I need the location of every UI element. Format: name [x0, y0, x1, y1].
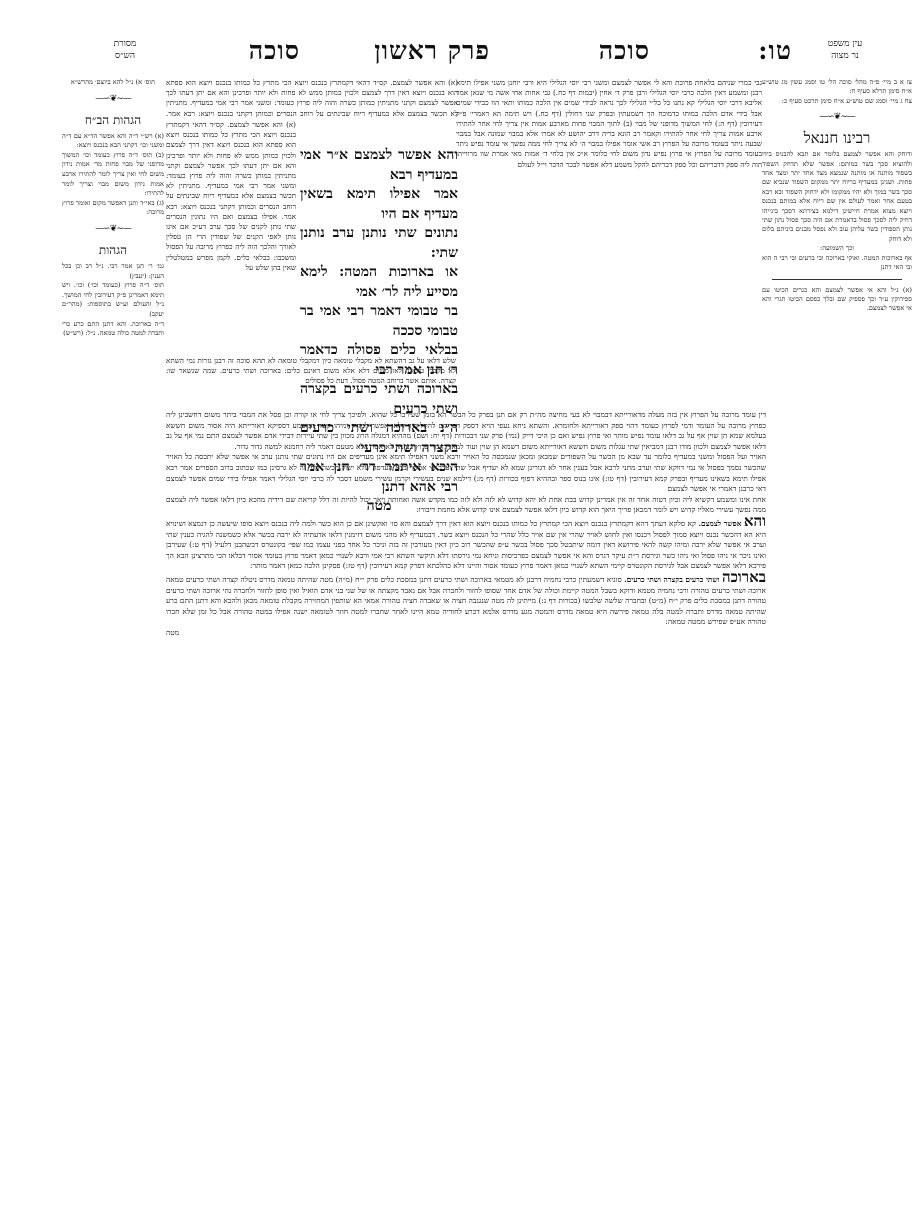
tosafot-main: דין עומד מרובה על הפרוץ אין בזה מעלה מדא… [166, 410, 766, 1010]
dibur-hamatchil: והא [744, 512, 766, 530]
hagahot-note: ד״ה בארוכה. והא דתנן התם כרע כרי ותברה ל… [62, 320, 164, 339]
tosafot-paragraph: דין עומד מרובה על הפרוץ אין בזה מעלה מדא… [166, 410, 766, 452]
hagahot-note: גמ׳ ר׳ חנן אמר רבי. נ״ל רב וכן בכל הענין… [62, 262, 164, 281]
ein-mishpat-entry: צז א ב מיי׳ פ״ה מהל׳ סוכה הל׳ טו וסמג עש… [762, 78, 912, 97]
gloss-note: (א) נ״ל והא אי אפשר לצמצם והא כגרים הכיט… [762, 286, 912, 314]
rabbeinu-chananel-title: רבינו חננאל [762, 128, 912, 148]
rabbeinu-chananel-text: ודוחק והא אפשר לצמצם בלומר אם תבא להבניס… [762, 150, 912, 244]
tosafot-paragraph: אחת אינו ומשמע דקשיא ליה וכיון דטוה אחד … [166, 495, 766, 516]
rashi-top: (א) והא אפשר לצמצם. קס״ד דהאי דקמתרץ בנכ… [166, 78, 458, 120]
ein-mishpat-heading: עין משפט נר מצוה [810, 38, 880, 62]
ein-mishpat-entry: צח ג מיי׳ וסמג שם טוש״ע א״ח סימן תרכט סע… [762, 97, 912, 106]
ornament-divider: —∽❦∼— [62, 94, 164, 104]
rashi-below-gemara: שלש דלאו על גב דהשתא לא מקבלי טומאה כיון… [166, 356, 456, 408]
mesoret-hashas-heading: מסורת הש״ס [90, 38, 160, 62]
dibur-hamatchil: בארוכה [722, 568, 766, 586]
perek-name: פרק ראשון [374, 36, 490, 66]
ornament-divider: —∽❦∼— [62, 224, 164, 234]
rabbeinu-chananel-footer: אף בארוכות המטה. ואוקי בארוכה ובי ברעים … [762, 254, 912, 273]
tosafot-dibur-vehah: והא אפשר לצמצם. קא סלקא דעתך דהא דקמתרץ … [166, 516, 766, 572]
talmud-page: עין משפט נר מצוה טו: סוכה פרק ראשון סוכה… [0, 0, 914, 1213]
rabbeinu-chananel-closing: וכך השמועה: [762, 244, 912, 253]
hagahot-note: תוס׳ ד״ה פרוץ (כעומד וכו׳) וכו׳. ויש תימ… [62, 281, 164, 319]
mesoret-column: תוס׳ א) נ״ל להא ביוצם׳ מהרש״א —∽❦∼— הגהו… [62, 78, 164, 458]
ornament-divider: —∽❦∼— [762, 112, 912, 122]
page-header: עין משפט נר מצוה טו: סוכה פרק ראשון סוכה… [60, 38, 910, 72]
tosafot-paragraph: האויר ועל הפסול ומשני במעדיף כלומר עד שב… [166, 452, 766, 494]
tosafot-top: גבי כמרי שניהם בלאחת פרוכת והא לי אפשר ל… [456, 78, 762, 436]
mesoret-top-note: תוס׳ א) נ״ל להא ביוצם׳ מהרש״א [62, 78, 164, 88]
divider-line [772, 279, 902, 280]
tosafot-dibur-baaruka: בארוכה ושתי כרעים בקצרה ושתי כרעים. סוגי… [166, 572, 766, 628]
hagahot-bach-note: (ב) תוס׳ ד״ה פרוץ כעומד וכו׳ המשוך מדופנ… [62, 151, 164, 199]
ein-mishpat-column: צז א ב מיי׳ פ״ה מהל׳ סוכה הל׳ טו וסמג עש… [762, 78, 912, 458]
masechet-name-right: סוכה [599, 36, 650, 66]
rashi-side: (א) והא אפשר לצמצם. קס״ד דהאי דקמתרץ בנכ… [166, 120, 296, 360]
catchword: מטה [166, 628, 766, 639]
hagahot-title: הגהות [62, 240, 164, 260]
hagahot-bach-note: (א) רש״י ד״ה והא אפשר הד״א עם ד״ה ומשני … [62, 132, 164, 151]
masechet-name-left: סוכה [249, 36, 300, 66]
daf-number: טו: [758, 36, 792, 66]
hagahot-bach-title: הגהות הב״ח [62, 110, 164, 130]
hagahot-bach-note: (ג) באי״ד ותנן דאפשר מקום ואומר פרוץ מרו… [62, 199, 164, 218]
